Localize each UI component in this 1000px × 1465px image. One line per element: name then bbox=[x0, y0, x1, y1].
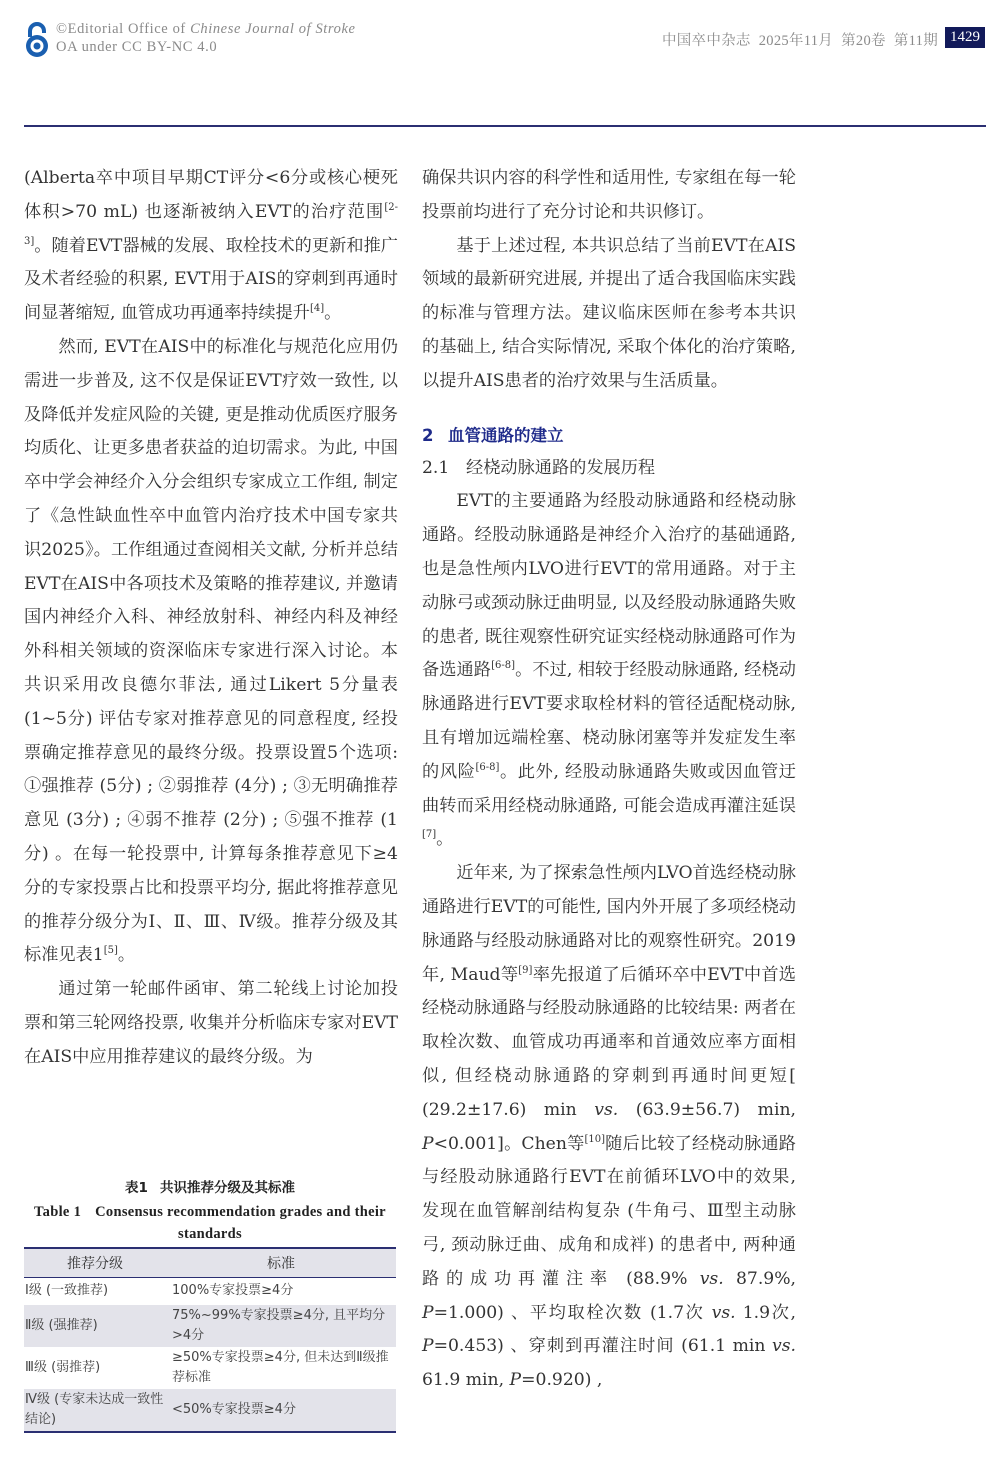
table-row: Ⅲ级 (弱推荐) ≥50%专家投票≥4分, 但未达到Ⅱ级推荐标准 bbox=[24, 1347, 396, 1389]
volume: 第20卷 bbox=[841, 33, 886, 49]
paragraph: (Alberta卒中项目早期CT评分<6分或核心梗死体积>70 mL) 也逐渐被… bbox=[24, 162, 398, 331]
citation[interactable]: [7] bbox=[422, 829, 436, 840]
paragraph: 然而, EVT在AIS中的标准化与规范化应用仍需进一步普及, 这不仅是保证EVT… bbox=[24, 331, 398, 973]
table-row: Ⅱ级 (强推荐) 75%~99%专家投票≥4分, 且平均分>4分 bbox=[24, 1305, 396, 1347]
issue-date: 2025年11月 bbox=[759, 33, 833, 49]
paragraph: 近年来, 为了探索急性颅内LVO首选经桡动脉通路进行EVT的可能性, 国内外开展… bbox=[422, 857, 796, 1398]
table-row: Ⅳ级 (专家未达成一致性结论) <50%专家投票≥4分 bbox=[24, 1389, 396, 1432]
right-column: 确保共识内容的科学性和适用性, 专家组在每一轮投票前均进行了充分讨论和共识修订。… bbox=[422, 162, 796, 1398]
paragraph: EVT的主要通路为经股动脉通路和经桡动脉通路。经股动脉通路是神经介入治疗的基础通… bbox=[422, 485, 796, 857]
standard-cell: 100%专家投票≥4分 bbox=[166, 1277, 396, 1305]
page-number: 1429 bbox=[945, 27, 985, 48]
citation[interactable]: [9] bbox=[518, 965, 532, 976]
paragraph: 基于上述过程, 本共识总结了当前EVT在AIS领域的最新研究进展, 并提出了适合… bbox=[422, 230, 796, 399]
subsection-heading: 2.1经桡动脉通路的发展历程 bbox=[422, 452, 796, 486]
citation[interactable]: [6-8] bbox=[475, 762, 499, 773]
grade-cell: Ⅳ级 (专家未达成一致性结论) bbox=[24, 1389, 166, 1432]
standard-cell: ≥50%专家投票≥4分, 但未达到Ⅱ级推荐标准 bbox=[166, 1347, 396, 1389]
header-divider bbox=[24, 125, 986, 127]
table-caption-cn: 表1共识推荐分级及其标准 bbox=[24, 1177, 396, 1199]
paragraph: 确保共识内容的科学性和适用性, 专家组在每一轮投票前均进行了充分讨论和共识修订。 bbox=[422, 162, 796, 230]
copyright-line: ©Editorial Office of Chinese Journal of … bbox=[56, 20, 356, 38]
page-header: ©Editorial Office of Chinese Journal of … bbox=[0, 0, 1000, 128]
grade-cell: Ⅱ级 (强推荐) bbox=[24, 1305, 166, 1347]
grades-table: 推荐分级 标准 Ⅰ级 (一致推荐) 100%专家投票≥4分 Ⅱ级 (强推荐) 7… bbox=[24, 1247, 396, 1433]
standard-cell: 75%~99%专家投票≥4分, 且平均分>4分 bbox=[166, 1305, 396, 1347]
issue: 第11期 bbox=[894, 33, 938, 49]
citation[interactable]: [6-8] bbox=[491, 660, 515, 671]
section-heading: 2血管通路的建立 bbox=[422, 419, 796, 452]
table-1: 表1共识推荐分级及其标准 Table 1Consensus recommenda… bbox=[24, 1177, 396, 1433]
journal-name-italic: Chinese Journal of Stroke bbox=[190, 21, 355, 37]
grade-cell: Ⅰ级 (一致推荐) bbox=[24, 1277, 166, 1305]
license-text: ©Editorial Office of Chinese Journal of … bbox=[56, 20, 356, 56]
table-row: Ⅰ级 (一致推荐) 100%专家投票≥4分 bbox=[24, 1277, 396, 1305]
column-header-grade: 推荐分级 bbox=[24, 1248, 166, 1277]
table-header-row: 推荐分级 标准 bbox=[24, 1248, 396, 1277]
journal-name: 中国卒中杂志 bbox=[662, 33, 751, 49]
column-header-standard: 标准 bbox=[166, 1248, 396, 1277]
table-caption-en: Table 1Consensus recommendation grades a… bbox=[24, 1201, 396, 1245]
open-access-lock-icon bbox=[24, 22, 50, 58]
paragraph: 通过第一轮邮件函审、第二轮线上讨论加投票和第三轮网络投票, 收集并分析临床专家对… bbox=[24, 973, 398, 1074]
grade-cell: Ⅲ级 (弱推荐) bbox=[24, 1347, 166, 1389]
citation[interactable]: [10] bbox=[584, 1134, 605, 1145]
standard-cell: <50%专家投票≥4分 bbox=[166, 1389, 396, 1432]
left-column: (Alberta卒中项目早期CT评分<6分或核心梗死体积>70 mL) 也逐渐被… bbox=[24, 162, 398, 1075]
citation[interactable]: [4] bbox=[310, 303, 324, 314]
journal-meta: 中国卒中杂志2025年11月第20卷第11期 bbox=[654, 29, 938, 50]
citation[interactable]: [5] bbox=[104, 945, 118, 956]
oa-license-line: OA under CC BY-NC 4.0 bbox=[56, 38, 356, 56]
